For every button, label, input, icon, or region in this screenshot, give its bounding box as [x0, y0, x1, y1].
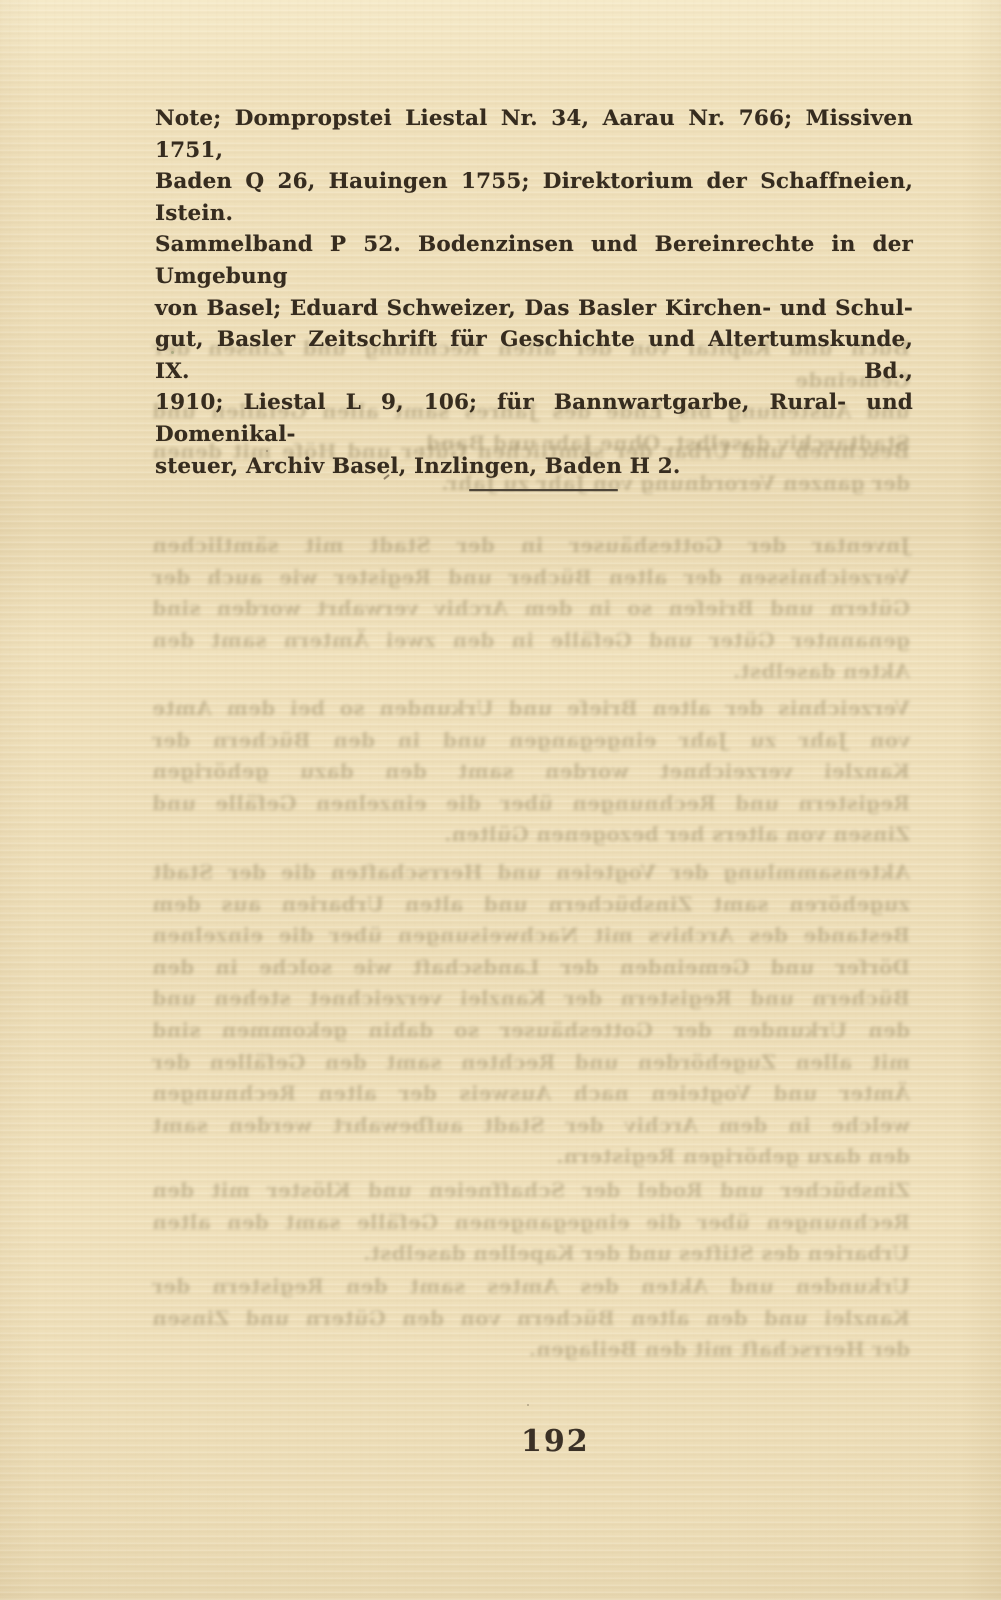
note-line: steuer, Archiv Basel, Inzlingen, Baden H… — [155, 451, 913, 483]
bleedthrough-line: Urbarien des Stiftes und der Kapellen da… — [152, 1238, 910, 1270]
bleedthrough-line: Gütern und Briefen so in dem Archiv verw… — [152, 593, 910, 625]
bleedthrough-line: Ämter und Vogteien nach Ausweis der alte… — [152, 1078, 910, 1110]
bleedthrough-line: Büchern und Registern der Kanzlei verzei… — [152, 983, 910, 1015]
bleedthrough-line: Bestande des Archivs mit Nachweisungen ü… — [152, 920, 910, 952]
bleedthrough-line: Verzeichnissen der alten Bücher und Regi… — [152, 562, 910, 594]
note-line: Sammelband P 52. Bodenzinsen und Bereinr… — [155, 229, 913, 292]
note-line: gut, Basler Zeitschrift für Geschichte u… — [155, 324, 913, 387]
bleedthrough-line: genannter Güter und Gefälle in den zwei … — [152, 625, 910, 657]
bleedthrough-line: der Herrschaft mit den Beilagen. — [152, 1334, 910, 1366]
bleedthrough-line: Zinsen von alters her bezogenen Gülten. — [152, 819, 910, 851]
bleedthrough-line: mit allen Zugehörden und Rechten samt de… — [152, 1047, 910, 1079]
bleedthrough-paragraph: Aktensammlung der Vogteien und Herrschaf… — [152, 857, 910, 1173]
bleedthrough-line: Kanzlei verzeichnet worden samt den dazu… — [152, 756, 910, 788]
bleedthrough-paragraph: Verzeichnis der alten Briefe und Urkunde… — [152, 693, 910, 851]
bleedthrough-line: den Urkunden der Gotteshäuser so dahin g… — [152, 1015, 910, 1047]
bleedthrough-line: Aktensammlung der Vogteien und Herrschaf… — [152, 857, 910, 889]
bleedthrough-line: Jnventar der Gotteshäuser in der Stadt m… — [152, 530, 910, 562]
bleedthrough-line: Dörfer und Gemeinden der Landschaft wie … — [152, 952, 910, 984]
bleedthrough-line: Urkunden und Akten des Amtes samt den Re… — [152, 1271, 910, 1303]
bleedthrough-line: Verzeichnis der alten Briefe und Urkunde… — [152, 693, 910, 725]
paper-speck — [527, 1404, 529, 1406]
bleedthrough-line: Akten daselbst. — [152, 656, 910, 688]
bleedthrough-paragraph: Jnventar der Gotteshäuser in der Stadt m… — [152, 530, 910, 688]
page-number: 192 — [521, 1424, 590, 1459]
bleedthrough-line: Registern und Rechnungen über die einzel… — [152, 788, 910, 820]
bleedthrough-line: Kanzlei und den alten Büchern von den Gü… — [152, 1303, 910, 1335]
bleedthrough-line: welche in dem Archiv der Stadt aufbewahr… — [152, 1110, 910, 1142]
note-line: Note; Dompropstei Liestal Nr. 34, Aarau … — [155, 103, 913, 166]
bleedthrough-paragraph: Urkunden und Akten des Amtes samt den Re… — [152, 1271, 910, 1366]
scanned-book-page: Buch und Kapital von der alten Rechnung … — [0, 0, 1001, 1600]
note-line: von Basel; Eduard Schweizer, Das Basler … — [155, 293, 913, 325]
note-line: Baden Q 26, Hauingen 1755; Direktorium d… — [155, 166, 913, 229]
section-divider-rule — [469, 489, 618, 491]
note-line: 1910; Liestal L 9, 106; für Bannwartgarb… — [155, 387, 913, 450]
bleedthrough-line: den dazu gehörigen Registern. — [152, 1141, 910, 1173]
bibliographic-note-block: Note; Dompropstei Liestal Nr. 34, Aarau … — [155, 103, 913, 482]
bleedthrough-line: zugehören samt Zinsbüchern und alten Urb… — [152, 889, 910, 921]
bleedthrough-line: Zinsbücher und Rodel der Schaffneien und… — [152, 1175, 910, 1207]
bleedthrough-paragraph: Zinsbücher und Rodel der Schaffneien und… — [152, 1175, 910, 1270]
bleedthrough-line: Rechnungen über die eingegangenen Gefäll… — [152, 1207, 910, 1239]
bleedthrough-line: von Jahr zu Jahr eingegangen und in den … — [152, 725, 910, 757]
